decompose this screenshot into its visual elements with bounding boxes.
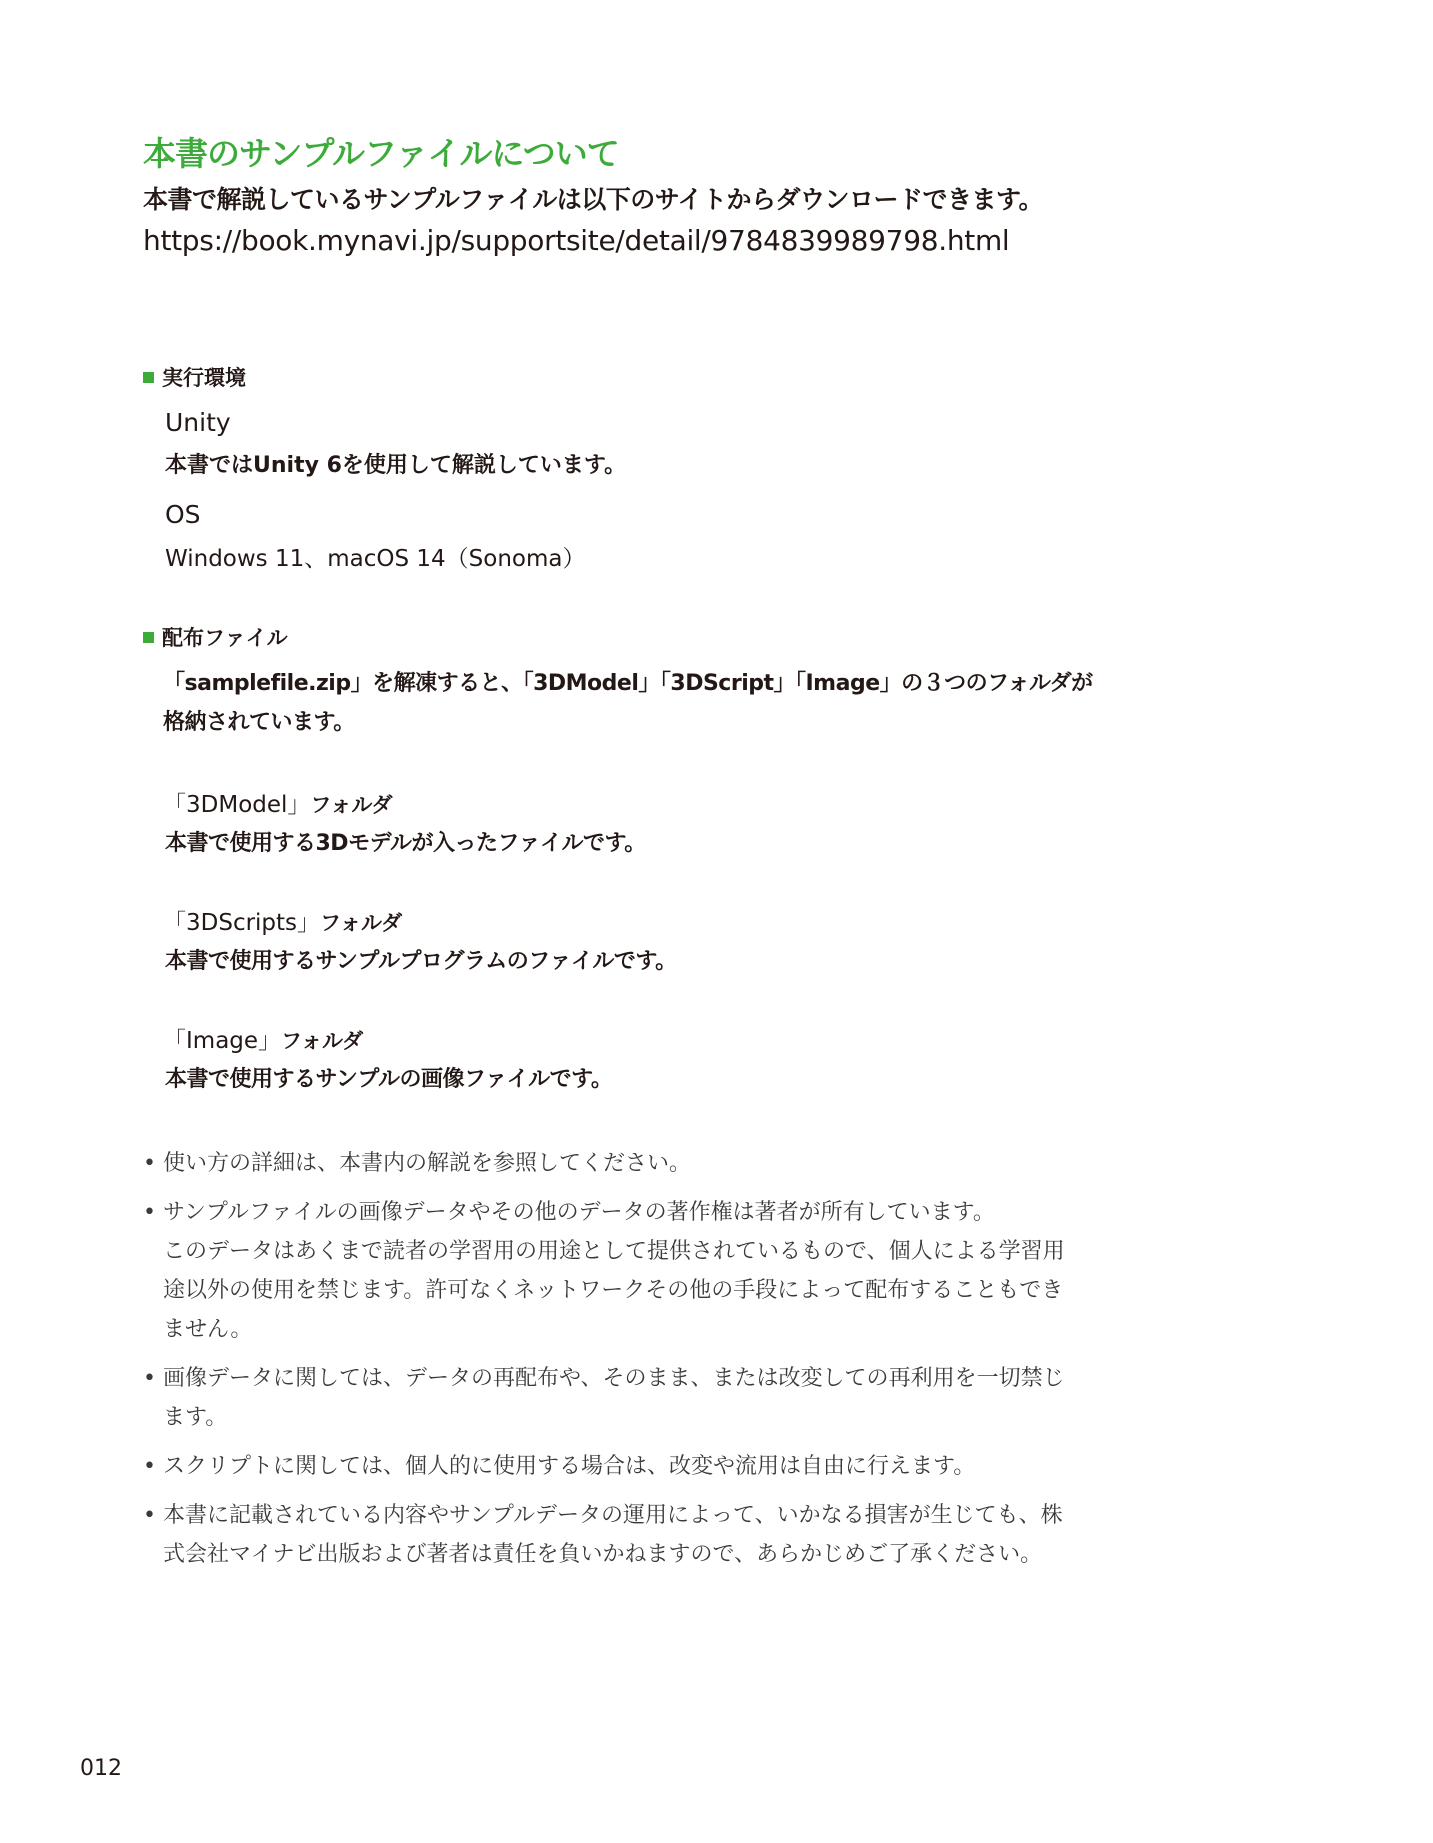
note-line: ません。 — [163, 1310, 1053, 1349]
page-number: 012 — [80, 1756, 122, 1781]
note-item: • 画像データに関しては、データの再配布や、そのまま、または改変しての再利用を一… — [143, 1359, 1053, 1437]
folder-name: 「3DModel」 — [163, 792, 310, 818]
green-square-icon — [143, 372, 154, 383]
note-item: • スクリプトに関しては、個人的に使用する場合は、改変や流用は自由に行えます。 — [143, 1447, 1053, 1486]
green-square-icon — [143, 632, 154, 643]
distribution-intro-line-2: 格納されています。 — [163, 705, 355, 736]
distribution-heading: 配布ファイル — [143, 622, 288, 652]
note-line: 途以外の使用を禁じます。許可なくネットワークその他の手段によって配布することもで… — [163, 1271, 1053, 1310]
note-line: このデータはあくまで読者の学習用の用途として提供されているもので、個人による学習… — [163, 1232, 1053, 1271]
folder-3dmodel-label: 「3DModel」フォルダ — [163, 786, 393, 819]
note-line: 本書に記載されている内容やサンプルデータの運用によって、いかなる損害が生じても、… — [163, 1496, 1053, 1535]
note-line: 使い方の詳細は、本書内の解説を参照してください。 — [163, 1144, 1053, 1183]
note-item: • 使い方の詳細は、本書内の解説を参照してください。 — [143, 1144, 1053, 1183]
note-line: 式会社マイナビ出版および著者は責任を負いかねますので、あらかじめご了承ください。 — [163, 1535, 1053, 1574]
folder-image-label: 「Image」フォルダ — [163, 1022, 363, 1055]
bullet-icon: • — [143, 1144, 156, 1183]
bullet-icon: • — [143, 1193, 156, 1232]
folder-name: 「3DScripts」 — [163, 910, 320, 936]
bullet-icon: • — [143, 1359, 156, 1398]
environment-heading-label: 実行環境 — [162, 362, 246, 392]
environment-heading: 実行環境 — [143, 362, 246, 392]
note-line: スクリプトに関しては、個人的に使用する場合は、改変や流用は自由に行えます。 — [163, 1447, 1053, 1486]
env-unity-label: Unity — [165, 408, 231, 437]
note-line: サンプルファイルの画像データやその他のデータの著作権は著者が所有しています。 — [163, 1193, 1053, 1232]
note-line: ます。 — [163, 1398, 1053, 1437]
note-line: 画像データに関しては、データの再配布や、そのまま、または改変しての再利用を一切禁… — [163, 1359, 1053, 1398]
folder-name: 「Image」 — [163, 1028, 281, 1054]
support-url-link[interactable]: https://book.mynavi.jp/supportsite/detai… — [143, 224, 1009, 257]
env-unity-description: 本書ではUnity 6を使用して解説しています。 — [165, 448, 626, 479]
folder-image-description: 本書で使用するサンプルの画像ファイルです。 — [165, 1062, 612, 1093]
env-os-description: Windows 11、macOS 14（Sonoma） — [165, 540, 586, 573]
folder-3dscripts-description: 本書で使用するサンプルプログラムのファイルです。 — [165, 944, 677, 975]
folder-suffix: フォルダ — [281, 1029, 363, 1053]
notes-list: • 使い方の詳細は、本書内の解説を参照してください。 • サンプルファイルの画像… — [143, 1144, 1053, 1584]
bullet-icon: • — [143, 1496, 156, 1535]
distribution-heading-label: 配布ファイル — [162, 622, 288, 652]
note-item: • 本書に記載されている内容やサンプルデータの運用によって、いかなる損害が生じて… — [143, 1496, 1053, 1574]
folder-3dmodel-description: 本書で使用する3Dモデルが入ったファイルです。 — [165, 826, 646, 857]
distribution-intro-line-1: 「samplefile.zip」を解凍すると、「3DModel」「3DScrip… — [163, 666, 1093, 697]
bullet-icon: • — [143, 1447, 156, 1486]
folder-3dscripts-label: 「3DScripts」フォルダ — [163, 904, 402, 937]
lead-text: 本書で解説しているサンプルファイルは以下のサイトからダウンロードできます。 — [143, 180, 1043, 216]
folder-suffix: フォルダ — [310, 793, 392, 817]
folder-suffix: フォルダ — [320, 911, 402, 935]
page-title: 本書のサンプルファイルについて — [143, 128, 619, 175]
note-item: • サンプルファイルの画像データやその他のデータの著作権は著者が所有しています。… — [143, 1193, 1053, 1349]
env-os-label: OS — [165, 500, 201, 529]
